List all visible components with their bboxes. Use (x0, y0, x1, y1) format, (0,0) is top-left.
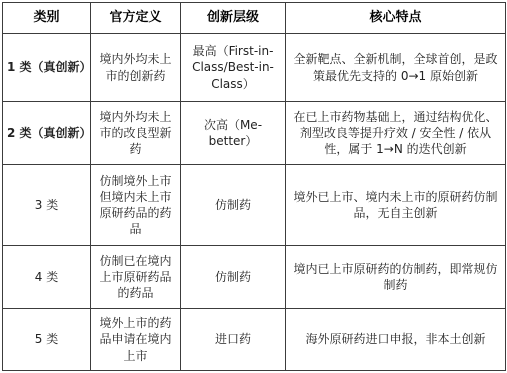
header-definition: 官方定义 (91, 3, 181, 34)
header-innovation-level: 创新层级 (181, 3, 286, 34)
innovation-level-cell: 仿制药 (181, 246, 286, 309)
header-category: 类别 (3, 3, 91, 34)
table-header-row: 类别 官方定义 创新层级 核心特点 (3, 3, 506, 34)
core-features-cell: 海外原研药进口申报，非本土创新 (286, 309, 506, 371)
definition-cell: 仿制境外上市但境内未上市原研药品的药品 (91, 165, 181, 246)
category-cell: 5 类 (3, 309, 91, 371)
category-cell: 3 类 (3, 165, 91, 246)
drug-classification-page: 类别 官方定义 创新层级 核心特点 1 类（真创新） 境内外均未上市的创新药 最… (0, 0, 507, 373)
definition-cell: 境内外均未上市的改良型新药 (91, 102, 181, 165)
innovation-level-cell: 次高（Me-better） (181, 102, 286, 165)
core-features-cell: 全新靶点、全新机制，全球首创，是政策最优先支持的 0→1 原始创新 (286, 34, 506, 102)
table-row: 5 类 境外上市的药品申请在境内上市 进口药 海外原研药进口申报，非本土创新 (3, 309, 506, 371)
category-cell: 1 类（真创新） (3, 34, 91, 102)
core-features-cell: 在已上市药物基础上，通过结构优化、剂型改良等提升疗效 / 安全性 / 依从性，属… (286, 102, 506, 165)
table-row: 4 类 仿制已在境内上市原研药品的药品 仿制药 境内已上市原研药的仿制药，即常规… (3, 246, 506, 309)
core-features-cell: 境内已上市原研药的仿制药，即常规仿制药 (286, 246, 506, 309)
innovation-level-cell: 仿制药 (181, 165, 286, 246)
category-cell: 2 类（真创新） (3, 102, 91, 165)
core-features-cell: 境外已上市、境内未上市的原研药仿制品，无自主创新 (286, 165, 506, 246)
drug-classification-table: 类别 官方定义 创新层级 核心特点 1 类（真创新） 境内外均未上市的创新药 最… (2, 2, 506, 371)
definition-cell: 仿制已在境内上市原研药品的药品 (91, 246, 181, 309)
header-core-features: 核心特点 (286, 3, 506, 34)
table-row: 1 类（真创新） 境内外均未上市的创新药 最高（First-in-Class/B… (3, 34, 506, 102)
category-cell: 4 类 (3, 246, 91, 309)
definition-cell: 境外上市的药品申请在境内上市 (91, 309, 181, 371)
innovation-level-cell: 进口药 (181, 309, 286, 371)
innovation-level-cell: 最高（First-in-Class/Best-in-Class） (181, 34, 286, 102)
definition-cell: 境内外均未上市的创新药 (91, 34, 181, 102)
table-row: 2 类（真创新） 境内外均未上市的改良型新药 次高（Me-better） 在已上… (3, 102, 506, 165)
table-row: 3 类 仿制境外上市但境内未上市原研药品的药品 仿制药 境外已上市、境内未上市的… (3, 165, 506, 246)
